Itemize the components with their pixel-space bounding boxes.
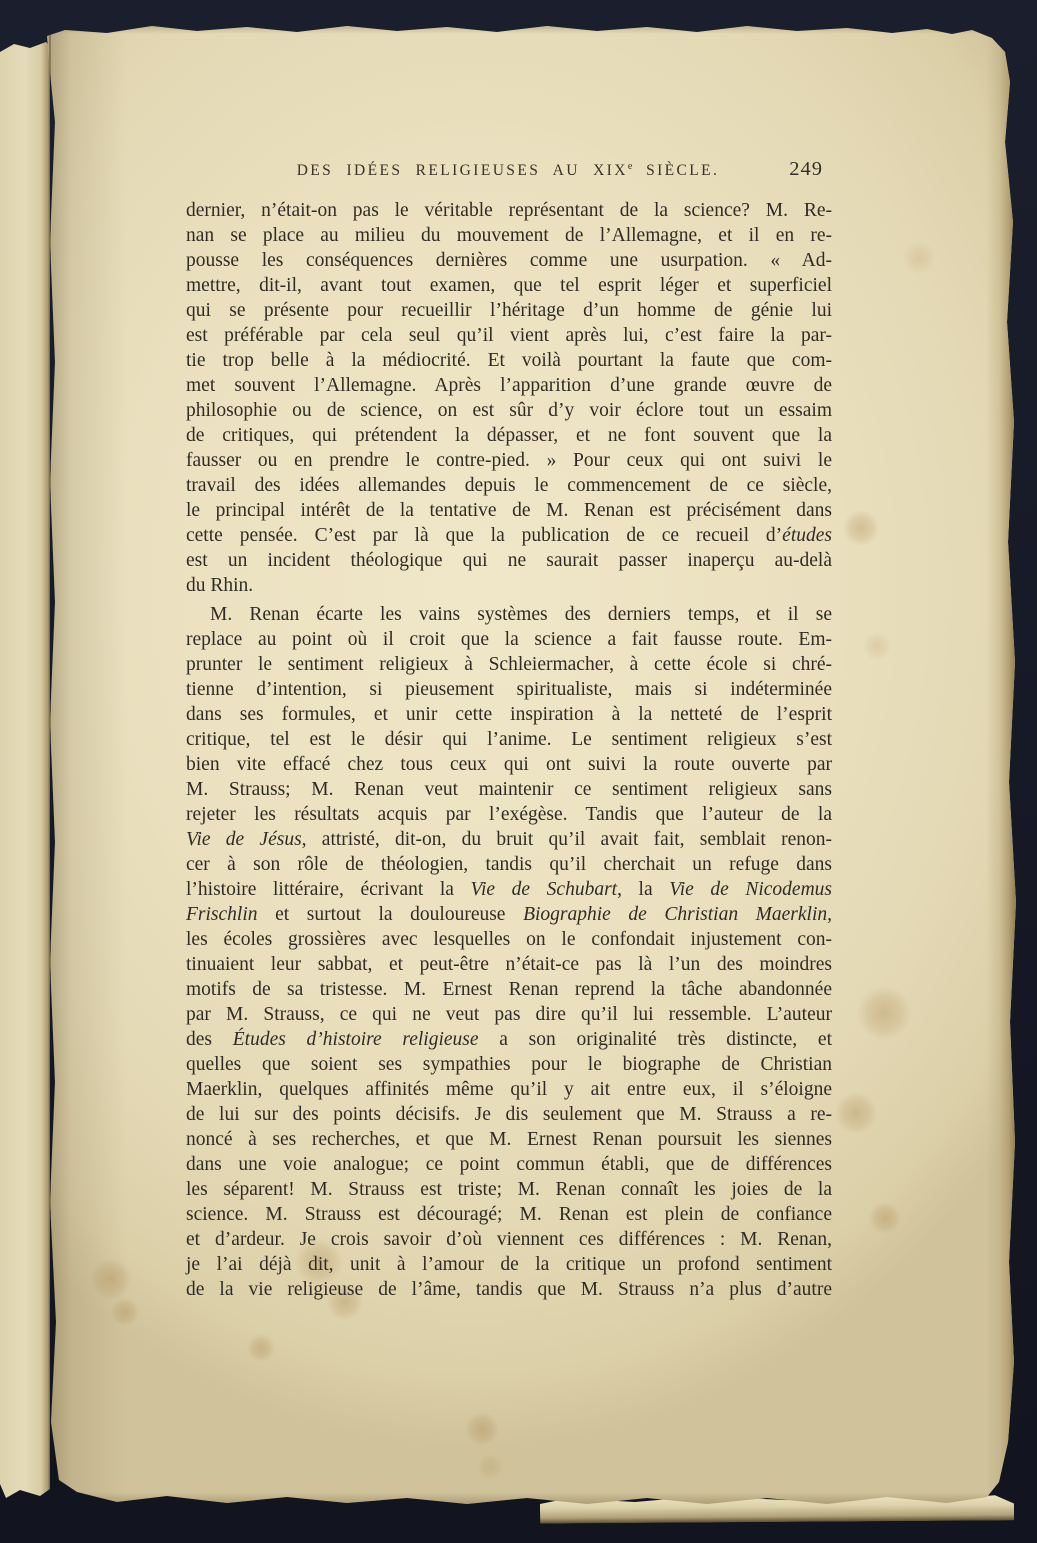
text-segment: philosophie ou de science, on est sûr d’…: [186, 400, 832, 421]
text-line: M. Renan écarte les vains systèmes des d…: [186, 602, 832, 627]
page-number: 249: [789, 158, 823, 181]
italic-text: Vie de Jésus: [186, 829, 302, 850]
text-segment: dernier, n’était-on pas le véritable rep…: [186, 200, 832, 221]
text-line: replace au point où il croit que la scie…: [186, 627, 832, 652]
text-segment: cette pensée. C’est par là que la public…: [186, 525, 782, 546]
text-line: mettre, dit-il, avant tout examen, que t…: [186, 273, 832, 298]
text-segment: de critiques, qui prétendent la dépasser…: [186, 425, 832, 446]
text-segment: science. M. Strauss est découragé; M. Re…: [186, 1204, 832, 1225]
foxing-spot: [247, 1334, 275, 1362]
foxing-spot: [857, 986, 911, 1040]
text-line: science. M. Strauss est découragé; M. Re…: [186, 1202, 832, 1227]
title-text: DES IDÉES RELIGIEUSES AU XIX: [297, 162, 628, 179]
text-segment: tinuaient leur sabbat, et peut-être n’ét…: [186, 954, 832, 975]
foxing-spot: [90, 1258, 132, 1300]
text-line: tienne d’intention, si pieusement spirit…: [186, 677, 832, 702]
text-line: de la vie religieuse de l’âme, tandis qu…: [186, 1277, 832, 1302]
foxing-spot: [903, 242, 935, 274]
italic-text: Frischlin: [186, 904, 258, 925]
text-line: des Études d’histoire religieuse a son o…: [186, 1027, 832, 1052]
text-line: est préférable par cela seul qu’il vient…: [186, 323, 832, 348]
text-segment: critique, tel est le désir qui l’anime. …: [186, 729, 832, 750]
text-segment: le principal intérêt de la tentative de …: [186, 500, 832, 521]
deckle-edge: [986, 22, 1016, 1508]
text-segment: est un incident théologique qui ne saura…: [186, 550, 832, 571]
text-line: motifs de sa tristesse. M. Ernest Renan …: [186, 977, 832, 1002]
text-segment: du Rhin.: [186, 575, 253, 596]
italic-text: Études d’histoire religieuse: [233, 1029, 479, 1050]
text-line: Maerklin, quelques affinités même qu’il …: [186, 1077, 832, 1102]
italic-text: Vie de Nicodemus: [669, 879, 832, 900]
text-segment: prunter le sentiment religieux à Schleie…: [186, 654, 832, 675]
text-segment: travail des idées allemandes depuis le c…: [186, 475, 832, 496]
text-segment: les écoles grossières avec lesquelles on…: [186, 929, 832, 950]
text-line: est un incident théologique qui ne saura…: [186, 548, 832, 573]
text-segment: motifs de sa tristesse. M. Ernest Renan …: [186, 979, 832, 1000]
page-title: DES IDÉES RELIGIEUSES AU XIXe SIÈCLE.: [185, 161, 831, 180]
text-line: dans une voie analogue; ce point commun …: [186, 1152, 832, 1177]
paragraph: dernier, n’était-on pas le véritable rep…: [186, 198, 832, 598]
text-line: fausser ou en prendre le contre-pied. » …: [186, 448, 832, 473]
text-segment: M. Renan écarte les vains systèmes des d…: [210, 604, 832, 625]
foxing-spot: [835, 1092, 877, 1134]
foxing-spot: [869, 1202, 901, 1234]
text-segment: et d’ardeur. Je crois savoir d’où vienne…: [186, 1229, 832, 1250]
text-line: tie trop belle à la médiocrité. Et voilà…: [186, 348, 832, 373]
text-segment: nan se place au milieu du mouvement de l…: [186, 225, 832, 246]
text-line: qui se présente pour recueillir l’hérita…: [186, 298, 832, 323]
scanned-book-photo: DES IDÉES RELIGIEUSES AU XIXe SIÈCLE. 24…: [0, 0, 1037, 1543]
text-segment: a son originalité très distincte, et: [479, 1029, 832, 1050]
text-line: et d’ardeur. Je crois savoir d’où vienne…: [186, 1227, 832, 1252]
text-line: rejeter les résultats acquis par l’exégè…: [186, 802, 832, 827]
text-segment: et surtout la douloureuse: [258, 904, 524, 925]
text-segment: quelles que soient ses sympathies pour l…: [186, 1054, 832, 1075]
paragraph: M. Renan écarte les vains systèmes des d…: [186, 602, 832, 1302]
running-header: DES IDÉES RELIGIEUSES AU XIXe SIÈCLE. 24…: [185, 158, 831, 186]
text-line: les séparent! M. Strauss est triste; M. …: [186, 1177, 832, 1202]
text-line: nan se place au milieu du mouvement de l…: [186, 223, 832, 248]
italic-text: Biographie de Christian Maerklin,: [523, 904, 832, 925]
text-line: du Rhin.: [186, 573, 832, 598]
italic-text: Vie de Schubart: [471, 879, 618, 900]
text-line: Frischlin et surtout la douloureuse Biog…: [186, 902, 832, 927]
foxing-spot: [843, 510, 879, 546]
text-segment: cer à son rôle de théologien, tandis qu’…: [186, 854, 832, 875]
foxing-spot: [111, 1298, 139, 1326]
text-segment: tie trop belle à la médiocrité. Et voilà…: [186, 350, 832, 371]
foxing-spot: [465, 1412, 499, 1446]
text-segment: fausser ou en prendre le contre-pied. » …: [186, 450, 832, 471]
text-segment: de lui sur des points décisifs. Je dis s…: [186, 1104, 832, 1125]
adjacent-page-edge: [0, 34, 50, 1502]
text-segment: pousse les conséquences dernières comme …: [186, 250, 832, 271]
text-line: critique, tel est le désir qui l’anime. …: [186, 727, 832, 752]
text-line: philosophie ou de science, on est sûr d’…: [186, 398, 832, 423]
text-line: dans ses formules, et unir cette inspira…: [186, 702, 832, 727]
foxing-spot: [863, 632, 891, 660]
text-line: pousse les conséquences dernières comme …: [186, 248, 832, 273]
title-tail: SIÈCLE.: [633, 162, 719, 179]
text-line: M. Strauss; M. Renan veut maintenir ce s…: [186, 777, 832, 802]
text-segment: M. Strauss; M. Renan veut maintenir ce s…: [186, 779, 832, 800]
text-line: noncé à ses recherches, et que M. Ernest…: [186, 1127, 832, 1152]
text-line: par M. Strauss, ce qui ne veut pas dire …: [186, 1002, 832, 1027]
text-line: quelles que soient ses sympathies pour l…: [186, 1052, 832, 1077]
text-segment: des: [186, 1029, 233, 1050]
foxing-spot: [477, 1454, 503, 1480]
text-segment: l’histoire littéraire, écrivant la: [186, 879, 471, 900]
text-line: Vie de Jésus, attristé, dit-on, du bruit…: [186, 827, 832, 852]
text-segment: rejeter les résultats acquis par l’exégè…: [186, 804, 832, 825]
text-line: travail des idées allemandes depuis le c…: [186, 473, 832, 498]
text-line: de lui sur des points décisifs. Je dis s…: [186, 1102, 832, 1127]
top-edge-shadow: [47, 22, 1016, 34]
text-segment: mettre, dit-il, avant tout examen, que t…: [186, 275, 832, 296]
text-line: de critiques, qui prétendent la dépasser…: [186, 423, 832, 448]
text-segment: noncé à ses recherches, et que M. Ernest…: [186, 1129, 832, 1150]
text-line: le principal intérêt de la tentative de …: [186, 498, 832, 523]
text-segment: qui se présente pour recueillir l’hérita…: [186, 300, 832, 321]
text-line: met souvent l’Allemagne. Après l’apparit…: [186, 373, 832, 398]
text-line: l’histoire littéraire, écrivant la Vie d…: [186, 877, 832, 902]
text-segment: dans une voie analogue; ce point commun …: [186, 1154, 832, 1175]
text-segment: Maerklin, quelques affinités même qu’il …: [186, 1079, 832, 1100]
text-segment: , attristé, dit-on, du bruit qu’il avait…: [302, 829, 832, 850]
text-segment: bien vite effacé chez tous ceux qui ont …: [186, 754, 832, 775]
text-segment: tienne d’intention, si pieusement spirit…: [186, 679, 832, 700]
text-segment: je l’ai déjà dit, unit à l’amour de la c…: [186, 1254, 832, 1275]
text-segment: est préférable par cela seul qu’il vient…: [186, 325, 832, 346]
text-line: cette pensée. C’est par là que la public…: [186, 523, 832, 548]
text-line: bien vite effacé chez tous ceux qui ont …: [186, 752, 832, 777]
text-segment: replace au point où il croit que la scie…: [186, 629, 832, 650]
text-line: tinuaient leur sabbat, et peut-être n’ét…: [186, 952, 832, 977]
text-line: dernier, n’était-on pas le véritable rep…: [186, 198, 832, 223]
text-segment: par M. Strauss, ce qui ne veut pas dire …: [186, 1004, 832, 1025]
text-line: cer à son rôle de théologien, tandis qu’…: [186, 852, 832, 877]
text-segment: met souvent l’Allemagne. Après l’apparit…: [186, 375, 832, 396]
body-text: dernier, n’était-on pas le véritable rep…: [186, 198, 832, 1302]
text-segment: dans ses formules, et unir cette inspira…: [186, 704, 832, 725]
text-segment: de la vie religieuse de l’âme, tandis qu…: [186, 1279, 832, 1300]
text-line: je l’ai déjà dit, unit à l’amour de la c…: [186, 1252, 832, 1277]
italic-text: études: [782, 525, 832, 546]
text-segment: les séparent! M. Strauss est triste; M. …: [186, 1179, 832, 1200]
text-line: les écoles grossières avec lesquelles on…: [186, 927, 832, 952]
text-segment: , la: [617, 879, 669, 900]
text-line: prunter le sentiment religieux à Schleie…: [186, 652, 832, 677]
